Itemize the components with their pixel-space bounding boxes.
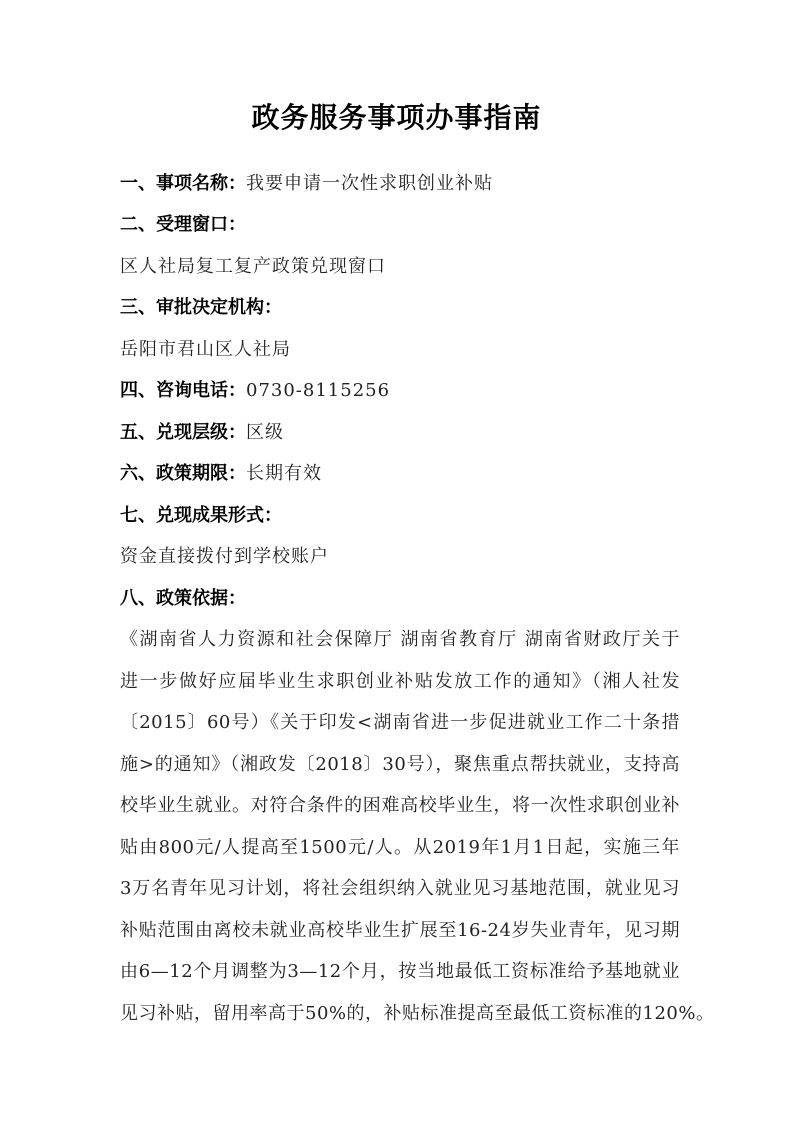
- item-label: 六、政策期限：: [120, 463, 246, 484]
- item-policy-basis: 八、政策依据：: [120, 587, 246, 611]
- item-phone: 四、咨询电话：0730-8115256: [120, 379, 390, 403]
- policy-line: 3万名青年见习计划，将社会组织纳入就业见习基地范围，就业见习: [120, 877, 680, 901]
- item-label: 五、兑现层级：: [120, 422, 246, 443]
- item-window-value: 区人社局复工复产政策兑现窗口: [120, 255, 386, 279]
- policy-line: 由6—12个月调整为3—12个月，按当地最低工资标准给予基地就业: [120, 960, 680, 984]
- item-authority-value: 岳阳市君山区人社局: [120, 338, 291, 362]
- policy-line: 施>的通知》（湘政发〔2018〕30号），聚焦重点帮扶就业，支持高: [120, 753, 680, 777]
- policy-line: 进一步做好应届毕业生求职创业补贴发放工作的通知》（湘人社发: [120, 670, 680, 694]
- item-result-form: 七、兑现成果形式：: [120, 504, 282, 528]
- item-label: 三、审批决定机构：: [120, 297, 282, 318]
- policy-line: 贴由800元/人提高至1500元/人。从2019年1月1日起，实施三年: [120, 836, 680, 860]
- item-value: 长期有效: [246, 463, 322, 484]
- item-name: 一、事项名称：我要申请一次性求职创业补贴: [120, 172, 493, 196]
- document-page: 政务服务事项办事指南 一、事项名称：我要申请一次性求职创业补贴 二、受理窗口： …: [0, 0, 793, 1122]
- item-window: 二、受理窗口：: [120, 213, 246, 237]
- page-title: 政务服务事项办事指南: [0, 96, 793, 136]
- item-level: 五、兑现层级：区级: [120, 421, 284, 445]
- item-label: 七、兑现成果形式：: [120, 505, 282, 526]
- item-period: 六、政策期限：长期有效: [120, 462, 322, 486]
- item-value: 区级: [246, 422, 284, 443]
- item-label: 二、受理窗口：: [120, 214, 246, 235]
- item-label: 四、咨询电话：: [120, 380, 246, 401]
- policy-line: 《湖南省人力资源和社会保障厅 湖南省教育厅 湖南省财政厅关于: [120, 628, 680, 652]
- item-result-form-value: 资金直接拨付到学校账户: [120, 545, 329, 569]
- policy-line: 校毕业生就业。对符合条件的困难高校毕业生，将一次性求职创业补: [120, 794, 680, 818]
- item-value: 区人社局复工复产政策兑现窗口: [120, 256, 386, 277]
- item-label: 八、政策依据：: [120, 588, 246, 609]
- phone-number: 0730-8115256: [246, 380, 390, 401]
- policy-line: 见习补贴，留用率高于50%的，补贴标准提高至最低工资标准的120%。: [120, 1002, 680, 1026]
- item-value: 资金直接拨付到学校账户: [120, 546, 329, 567]
- policy-line: 〔2015〕60号）《关于印发<湖南省进一步促进就业工作二十条措: [120, 711, 680, 735]
- item-authority: 三、审批决定机构：: [120, 296, 282, 320]
- item-value: 我要申请一次性求职创业补贴: [246, 173, 493, 194]
- item-value: 岳阳市君山区人社局: [120, 339, 291, 360]
- policy-line: 补贴范围由离校未就业高校毕业生扩展至16-24岁失业青年，见习期: [120, 919, 680, 943]
- item-label: 一、事项名称：: [120, 173, 246, 194]
